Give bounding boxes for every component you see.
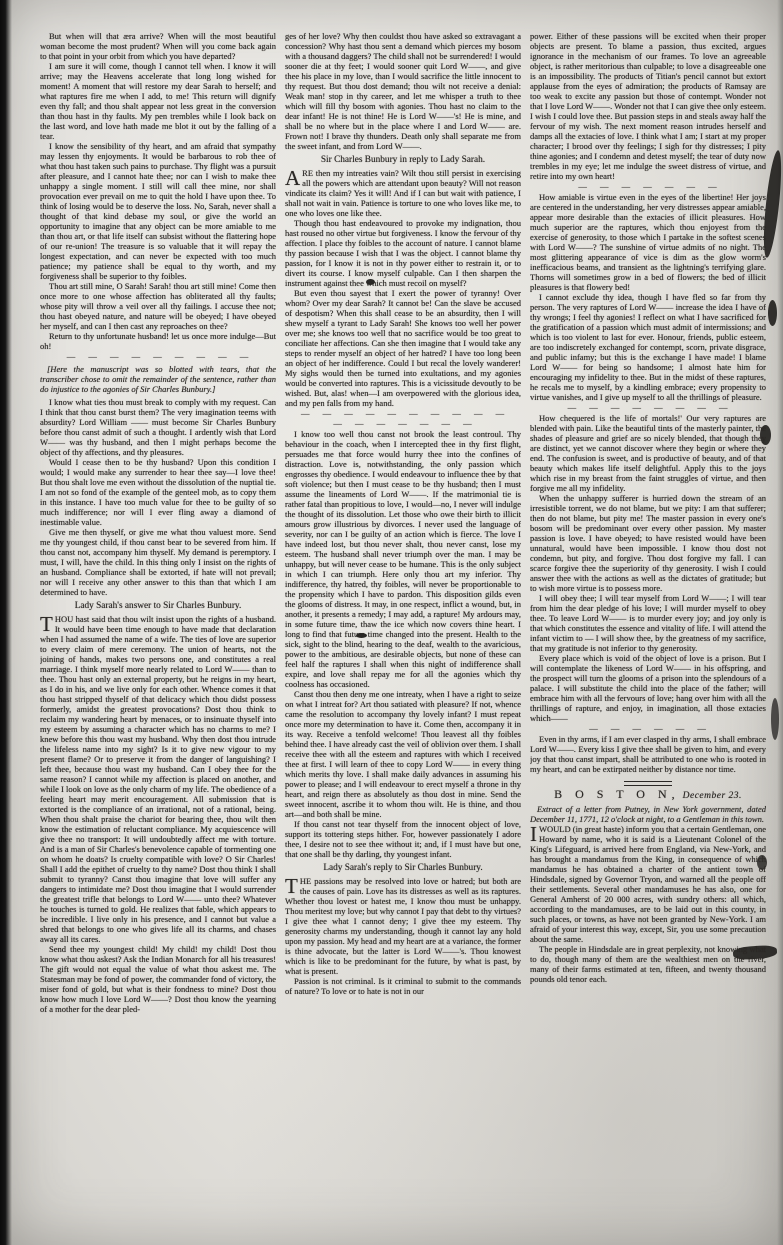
- paragraph: Give me then thyself, or give me what th…: [40, 527, 276, 597]
- paragraph: ges of her love? Why then couldst thou h…: [285, 31, 521, 151]
- paragraph: Return to thy unfortunate husband! let u…: [40, 331, 276, 351]
- paragraph: I know the sensibility of thy heart, and…: [40, 141, 276, 281]
- extract-heading: Extract of a letter from Putney, in New …: [530, 804, 766, 824]
- manuscript-note: [Here the manuscript was so blotted with…: [40, 364, 276, 394]
- paragraph-text: WOULD (in great haste) inform you that a…: [530, 824, 766, 944]
- ink-smudge: [771, 698, 779, 740]
- paragraph: Every place which is void of the object …: [530, 653, 766, 723]
- paragraph: How chequered is the life of mortals!' O…: [530, 413, 766, 493]
- paragraph: I will obey thee; I will tear myself fro…: [530, 593, 766, 653]
- double-rule: [624, 781, 672, 786]
- drop-cap-letter: I: [530, 824, 539, 843]
- dateline: B O S T O N, December 23.: [530, 789, 766, 801]
- paragraph-text: RE then my intreaties vain? Wilt thou st…: [285, 168, 521, 218]
- paragraph: The people in Hindsdale are in great per…: [530, 944, 766, 984]
- drop-cap-letter: A: [285, 168, 302, 187]
- paragraph: I know too well thou canst not brook the…: [285, 429, 521, 689]
- paragraph: Would I cease then to be thy husband? Up…: [40, 457, 276, 527]
- dateline-date: December 23.: [683, 791, 742, 801]
- dash-separator: — — — — — — —: [285, 419, 521, 428]
- drop-cap-paragraph: IWOULD (in great haste) inform you that …: [530, 824, 766, 944]
- section-heading: Lady Sarah's answer to Sir Charles Bunbu…: [40, 601, 276, 611]
- paragraph: I cannot exclude thy idea, though I have…: [530, 292, 766, 402]
- paragraph: I know what ties thou must break to comp…: [40, 397, 276, 457]
- column-2: ges of her love? Why then couldst thou h…: [285, 31, 521, 1197]
- text-columns: But when will that æra arrive? When will…: [40, 31, 766, 1197]
- drop-cap-letter: T: [285, 876, 300, 895]
- paragraph: power. Either of these passions will be …: [530, 31, 766, 181]
- drop-cap-paragraph: ARE then my intreaties vain? Wilt thou s…: [285, 168, 521, 218]
- ink-smudge: [768, 300, 777, 326]
- paragraph: Thou art still mine, O Sarah! Sarah! tho…: [40, 281, 276, 331]
- section-heading: Sir Charles Bunbury in reply to Lady Sar…: [285, 155, 521, 165]
- paragraph: Canst thou then deny me one intreaty, wh…: [285, 689, 521, 819]
- paragraph: Passion is not criminal. Is it criminal …: [285, 976, 521, 996]
- column-1: But when will that æra arrive? When will…: [40, 31, 276, 1197]
- section-heading: Lady Sarah's reply to Sir Charles Bunbur…: [285, 863, 521, 873]
- paragraph: If thou canst not tear thyself from the …: [285, 819, 521, 859]
- paragraph: Though thou hast endeavoured to provoke …: [285, 218, 521, 288]
- dash-separator: — — — — — — — —: [530, 403, 766, 412]
- scan-edge-left: [0, 0, 12, 1245]
- drop-cap-paragraph: THOU hast said that thou wilt insist upo…: [40, 614, 276, 944]
- paragraph: Even in thy arms, if I am ever clasped i…: [530, 734, 766, 774]
- column-3: power. Either of these passions will be …: [530, 31, 766, 1197]
- drop-cap-letter: T: [40, 614, 55, 633]
- dash-separator: — — — — — — — — —: [40, 352, 276, 361]
- paragraph-text: HOU hast said that thou wilt insist upon…: [40, 614, 276, 944]
- dash-separator: — — — — — — — — — —: [285, 409, 521, 418]
- paragraph-text: HE passions may be resolved into love or…: [285, 876, 521, 976]
- dash-separator: — — — — — — —: [530, 182, 766, 191]
- paragraph: Send thee my youngest child! My child! m…: [40, 944, 276, 1014]
- paragraph: But when will that æra arrive? When will…: [40, 31, 276, 61]
- paragraph: When the unhappy sufferer is hurried dow…: [530, 493, 766, 593]
- dash-separator: — — — — — —: [530, 724, 766, 733]
- paragraph: How amiable is virtue even in the eyes o…: [530, 192, 766, 292]
- drop-cap-paragraph: THE passions may be resolved into love o…: [285, 876, 521, 976]
- paragraph: But even thou sayest that I exert the po…: [285, 288, 521, 408]
- dateline-city: B O S T O N,: [554, 787, 680, 801]
- newspaper-page: But when will that æra arrive? When will…: [0, 0, 783, 1245]
- paragraph: I am sure it will come, though I cannot …: [40, 61, 276, 141]
